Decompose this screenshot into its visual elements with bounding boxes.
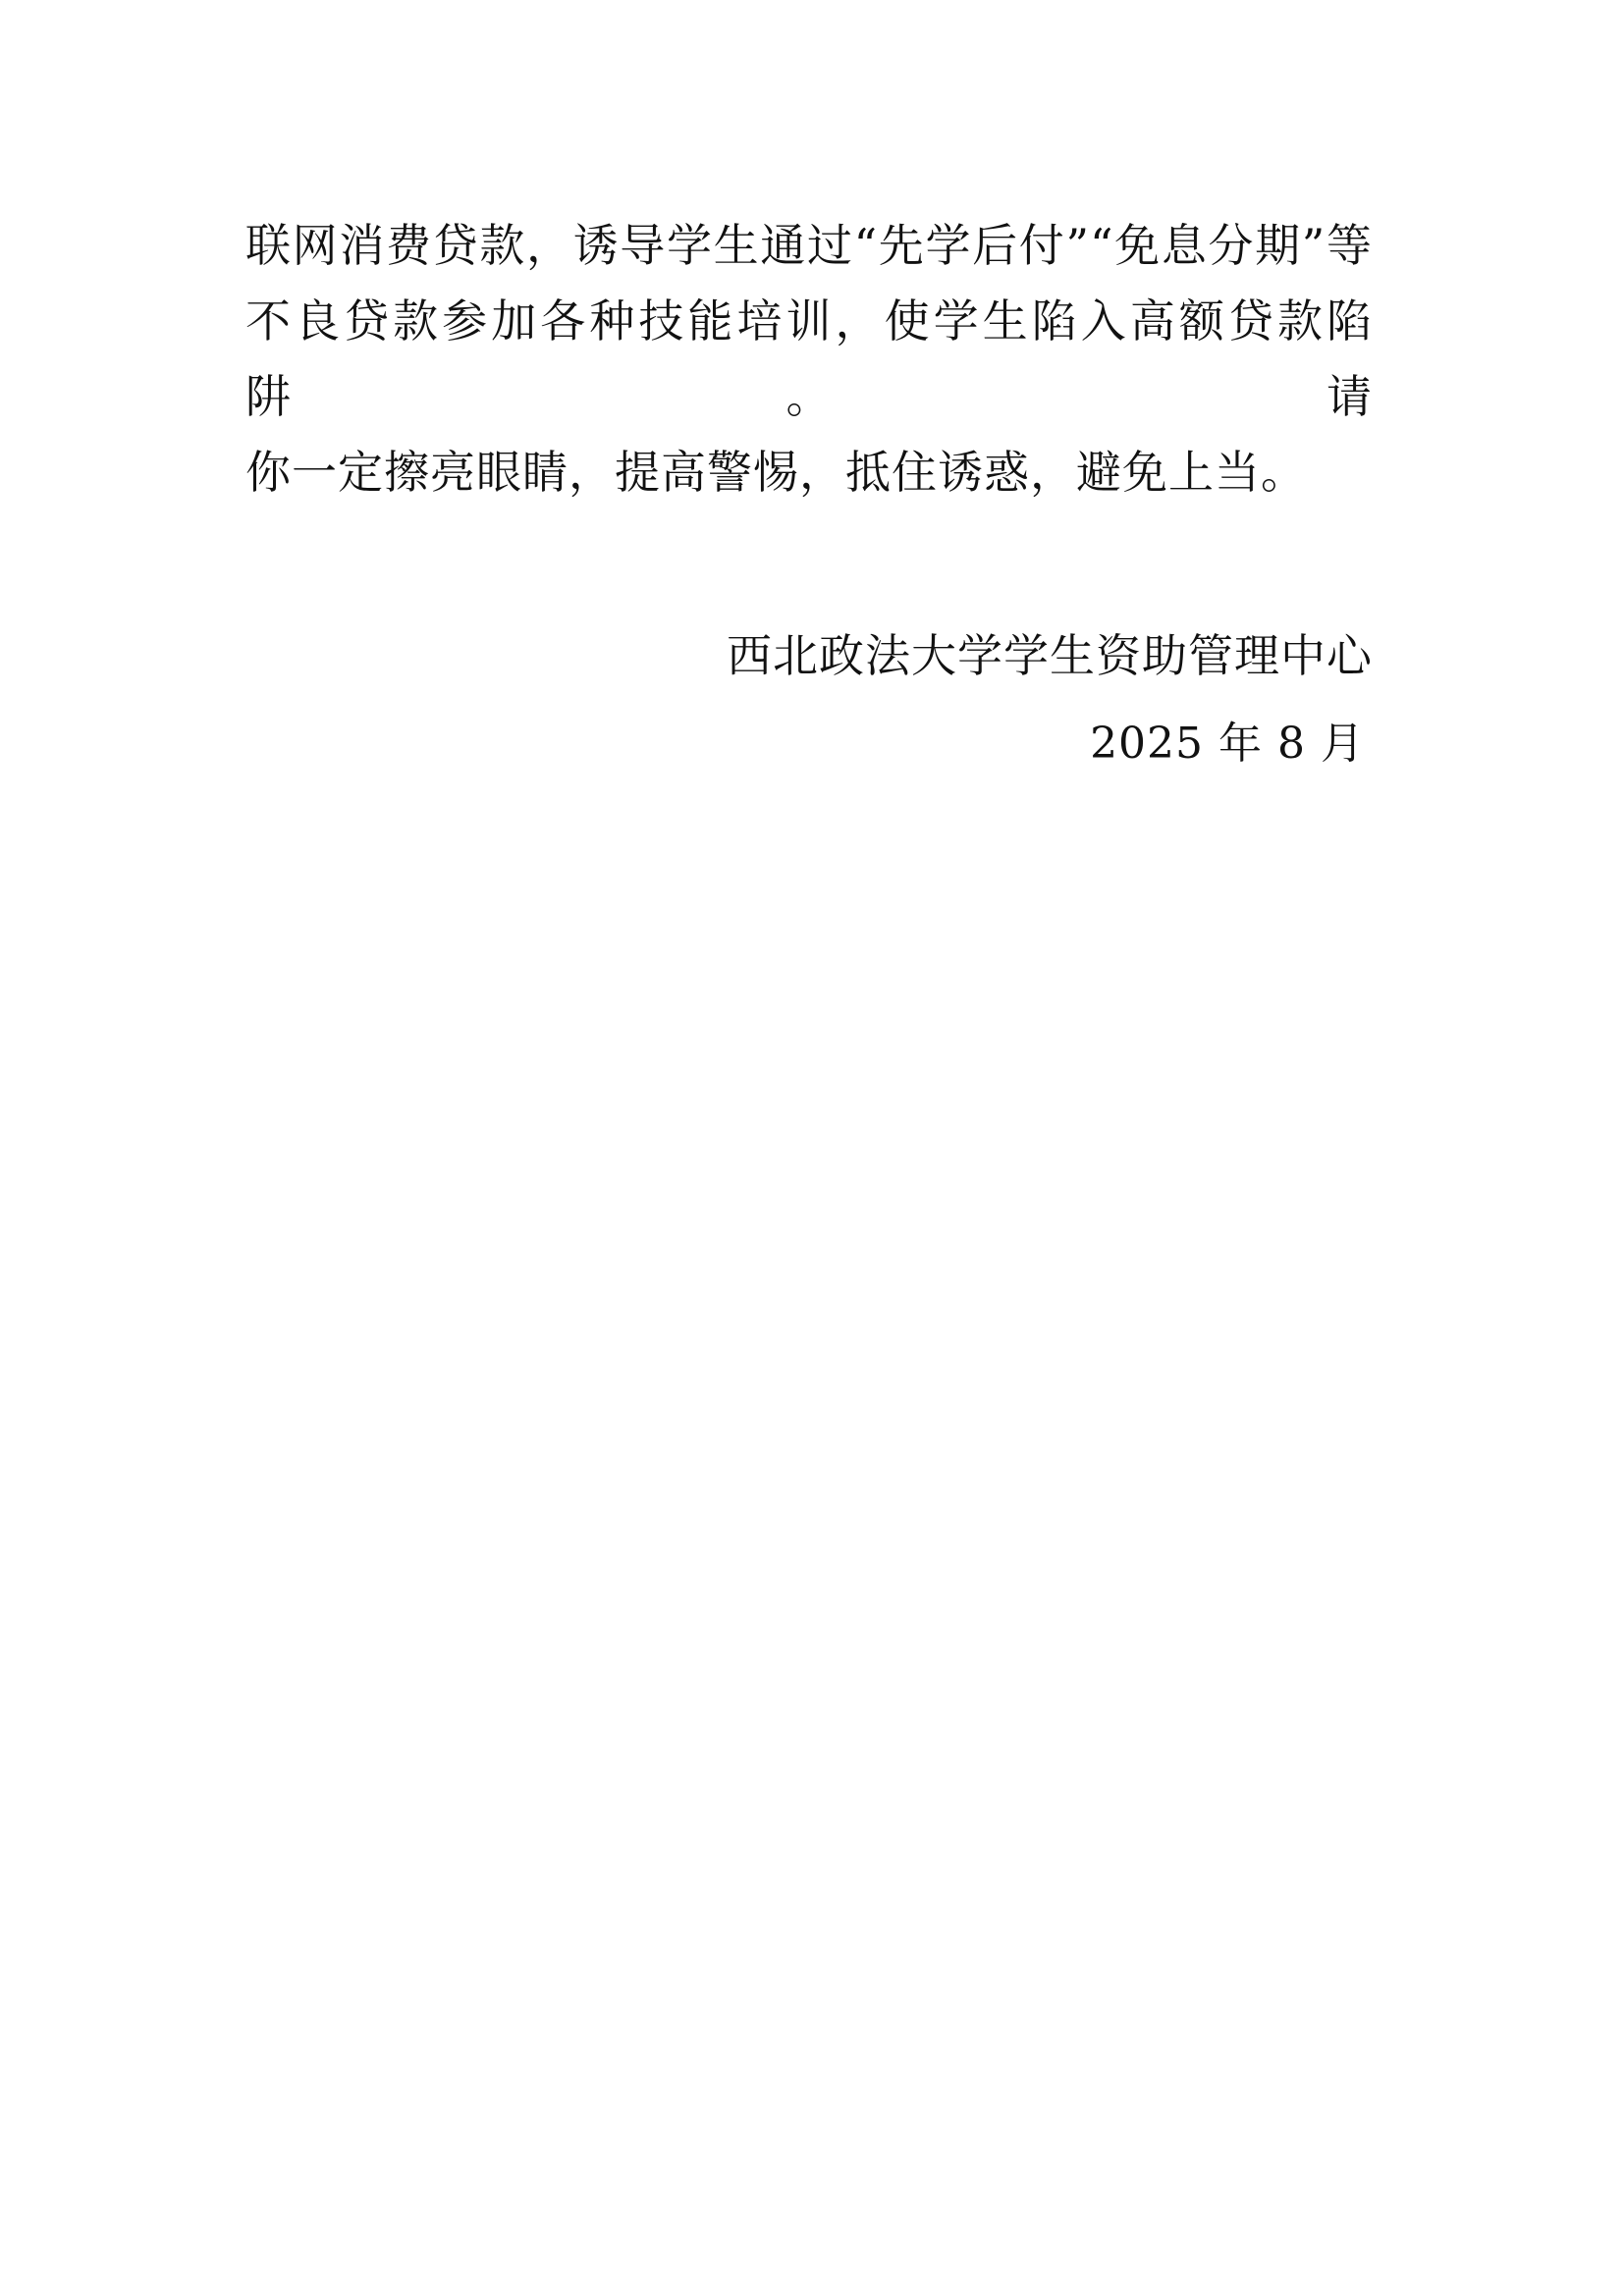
body-text-line-1: 联网消费贷款，诱导学生通过“先学后付”“免息分期”等 (245, 208, 1373, 284)
signature-line: 西北政法大学学生资助管理中心 (245, 618, 1373, 694)
document-page: 联网消费贷款，诱导学生通过“先学后付”“免息分期”等 不良贷款参加各种技能培训，… (0, 0, 1624, 2296)
text-block: 联网消费贷款，诱导学生通过“先学后付”“免息分期”等 不良贷款参加各种技能培训，… (245, 0, 1373, 781)
date-line: 2025 年 8 月 (245, 706, 1373, 781)
body-text-line-3: 你一定擦亮眼睛，提高警惕，抵住诱惑，避免上当。 (245, 435, 1373, 510)
body-text-line-2: 不良贷款参加各种技能培训，使学生陷入高额贷款陷阱。请 (245, 284, 1373, 435)
body-paragraph: 联网消费贷款，诱导学生通过“先学后付”“免息分期”等 不良贷款参加各种技能培训，… (245, 208, 1373, 510)
